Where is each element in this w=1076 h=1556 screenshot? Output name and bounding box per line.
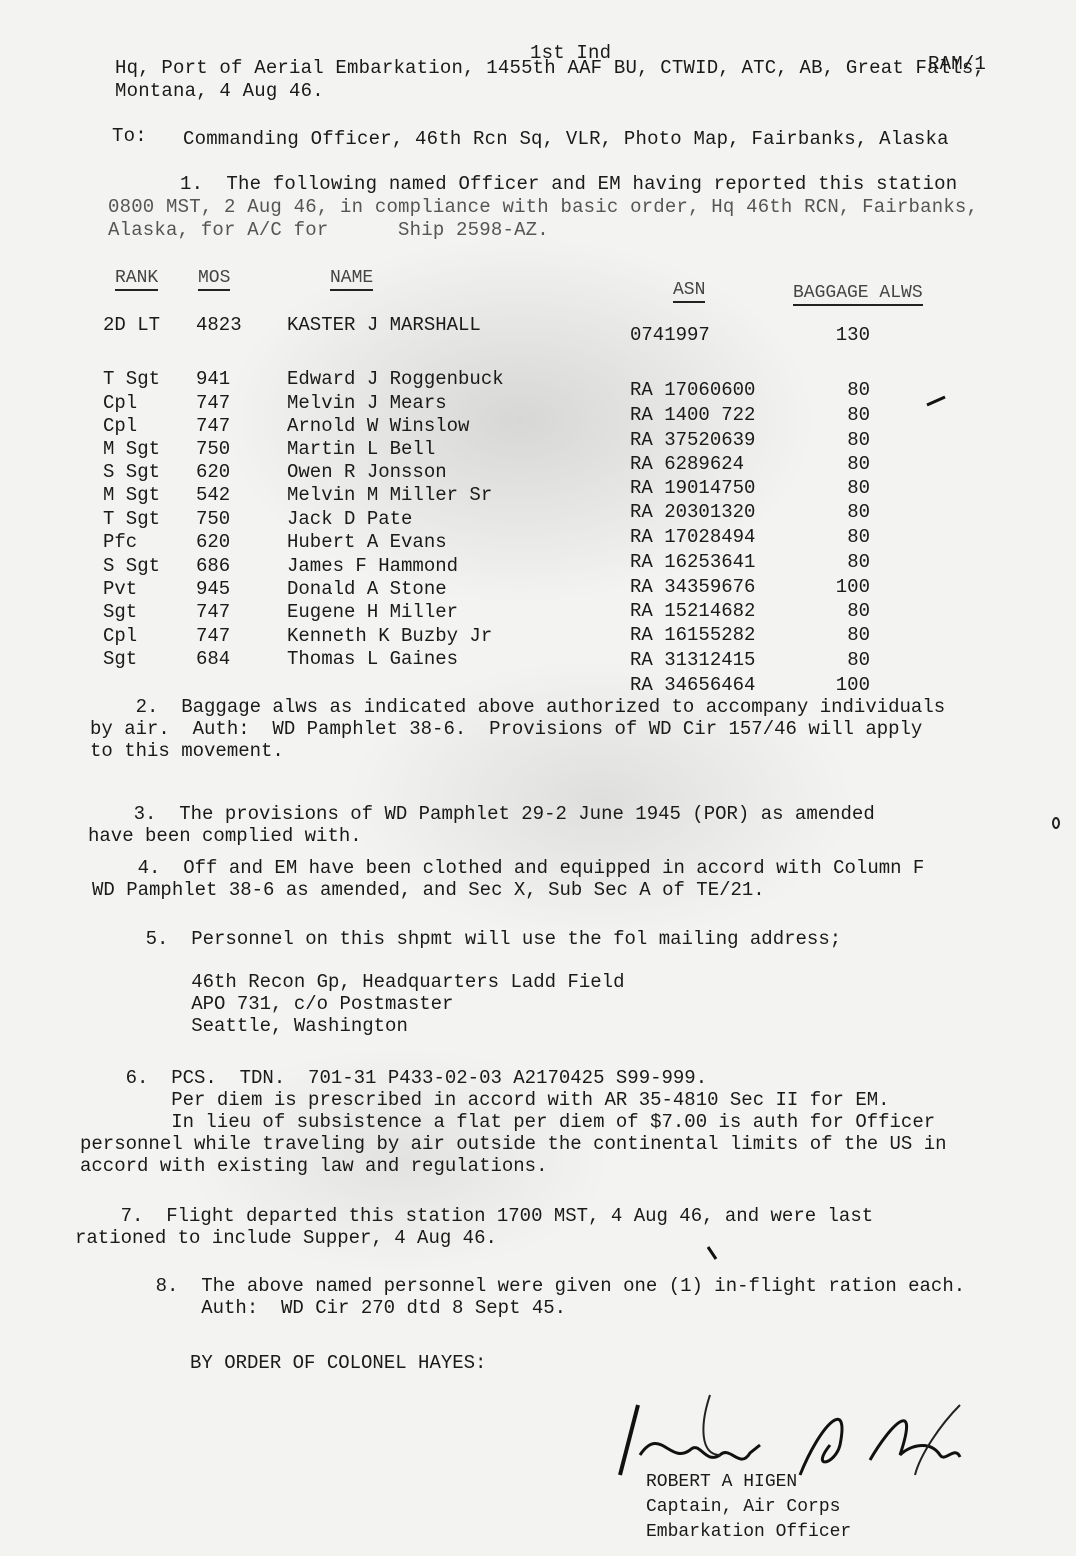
by-order-line: BY ORDER OF COLONEL HAYES:	[190, 1352, 486, 1374]
cell-name: Jack D Pate	[287, 508, 412, 530]
paragraph-line: accord with existing law and regulations…	[80, 1155, 947, 1177]
cell-baggage: 100	[810, 674, 870, 696]
cell-rank: Sgt	[103, 648, 137, 670]
paragraph-7: 7. Flight departed this station 1700 MST…	[75, 1205, 873, 1249]
signature-block: ROBERT A HIGENCaptain, Air CorpsEmbarkat…	[646, 1470, 851, 1545]
paragraph-line: 46th Recon Gp, Headquarters Ladd Field	[100, 972, 841, 994]
paragraph-3: 3. The provisions of WD Pamphlet 29-2 Ju…	[88, 803, 875, 847]
cell-name: Owen R Jonsson	[287, 461, 447, 483]
column-header-name: NAME	[330, 268, 373, 291]
document-page: 1st Ind RAM/1 Hq, Port of Aerial Embarka…	[0, 0, 1076, 1556]
cell-mos: 747	[196, 625, 230, 647]
paragraph-line	[100, 950, 841, 972]
paragraph-line: In lieu of subsistence a flat per diem o…	[80, 1111, 947, 1133]
paragraph-line: Auth: WD Cir 270 dtd 8 Sept 45.	[110, 1297, 965, 1319]
cell-rank: Cpl	[103, 392, 137, 414]
paragraph-6: 6. PCS. TDN. 701-31 P433-02-03 A2170425 …	[80, 1067, 947, 1177]
cell-rank: M Sgt	[103, 484, 160, 506]
signer-role: Embarkation Officer	[646, 1520, 851, 1545]
signer-rank: Captain, Air Corps	[646, 1495, 851, 1520]
hole-mark-icon	[1050, 815, 1062, 831]
cell-rank: Pvt	[103, 578, 137, 600]
cell-name: Edward J Roggenbuck	[287, 368, 504, 390]
paragraph-4: 4. Off and EM have been clothed and equi…	[92, 857, 924, 901]
from-line-1: Hq, Port of Aerial Embarkation, 1455th A…	[115, 57, 985, 79]
cell-rank: S Sgt	[103, 461, 160, 483]
paragraph-line: rationed to include Supper, 4 Aug 46.	[75, 1227, 873, 1249]
cell-mos: 747	[196, 415, 230, 437]
cell-rank: Pfc	[103, 531, 137, 553]
cell-name: Martin L Bell	[287, 438, 435, 460]
paragraph-line: 6. PCS. TDN. 701-31 P433-02-03 A2170425 …	[80, 1067, 947, 1089]
cell-name: Donald A Stone	[287, 578, 447, 600]
paragraph-5: 5. Personnel on this shpmt will use the …	[100, 928, 841, 1038]
paragraph-line: 4. Off and EM have been clothed and equi…	[92, 857, 924, 879]
cell-asn: 0741997	[630, 324, 710, 346]
cell-name: Eugene H Miller	[287, 601, 458, 623]
cell-mos: 686	[196, 555, 230, 577]
paragraph-1-line-1: 1. The following named Officer and EM ha…	[180, 173, 957, 195]
cell-name: Arnold W Winslow	[287, 415, 469, 437]
cell-mos: 620	[196, 531, 230, 553]
to-addressee: Commanding Officer, 46th Rcn Sq, VLR, Ph…	[183, 128, 949, 150]
cell-rank: Cpl	[103, 415, 137, 437]
paragraph-line: to this movement.	[90, 740, 945, 762]
cell-mos: 747	[196, 392, 230, 414]
paragraph-line: WD Pamphlet 38-6 as amended, and Sec X, …	[92, 879, 924, 901]
paragraph-2: 2. Baggage alws as indicated above autho…	[90, 696, 945, 762]
paragraph-8: 8. The above named personnel were given …	[110, 1275, 965, 1319]
paragraph-line: 5. Personnel on this shpmt will use the …	[100, 928, 841, 950]
cell-mos: 542	[196, 484, 230, 506]
table-row: T Sgt941Edward J RoggenbuckRA 1706060080	[0, 368, 1076, 392]
table-row: M Sgt750Martin L BellRA 628962480	[0, 438, 1076, 462]
table-row: Pvt945Donald A StoneRA 1521468280	[0, 578, 1076, 602]
cell-rank: T Sgt	[103, 368, 160, 390]
paragraph-line: 8. The above named personnel were given …	[110, 1275, 965, 1297]
cell-mos: 945	[196, 578, 230, 600]
cell-name: Hubert A Evans	[287, 531, 447, 553]
paragraph-line: 3. The provisions of WD Pamphlet 29-2 Ju…	[88, 803, 875, 825]
cell-name: Melvin J Mears	[287, 392, 447, 414]
paragraph-line: Per diem is prescribed in accord with AR…	[80, 1089, 947, 1111]
table-row: Cpl747Melvin J MearsRA 1400 72280	[0, 392, 1076, 416]
cell-rank: Cpl	[103, 625, 137, 647]
cell-mos: 620	[196, 461, 230, 483]
cell-name: Kenneth K Buzby Jr	[287, 625, 492, 647]
pen-mark-icon	[925, 395, 947, 407]
table-row: Cpl747Arnold W WinslowRA 3752063980	[0, 415, 1076, 439]
cell-rank: S Sgt	[103, 555, 160, 577]
cell-name: James F Hammond	[287, 555, 458, 577]
cell-mos: 750	[196, 508, 230, 530]
column-header-mos: MOS	[198, 268, 230, 291]
paragraph-line: Seattle, Washington	[100, 1016, 841, 1038]
cell-mos: 750	[196, 438, 230, 460]
cell-name: KASTER J MARSHALL	[287, 314, 481, 336]
paragraph-line: personnel while traveling by air outside…	[80, 1133, 947, 1155]
pen-mark-icon	[705, 1245, 719, 1261]
table-row: Pfc620Hubert A EvansRA 1625364180	[0, 531, 1076, 555]
cell-mos: 684	[196, 648, 230, 670]
cell-mos: 747	[196, 601, 230, 623]
cell-rank: T Sgt	[103, 508, 160, 530]
cell-baggage: 130	[810, 324, 870, 346]
paragraph-line: APO 731, c/o Postmaster	[100, 994, 841, 1016]
cell-asn: RA 34656464	[630, 674, 755, 696]
table-row: M Sgt542Melvin M Miller SrRA 2030132080	[0, 484, 1076, 508]
cell-rank: 2D LT	[103, 314, 160, 336]
table-row: Cpl747Kenneth K Buzby JrRA 3131241580	[0, 625, 1076, 649]
cell-name: Melvin M Miller Sr	[287, 484, 492, 506]
paragraph-line: by air. Auth: WD Pamphlet 38-6. Provisio…	[90, 718, 945, 740]
paragraph-line: 7. Flight departed this station 1700 MST…	[75, 1205, 873, 1227]
cell-name: Thomas L Gaines	[287, 648, 458, 670]
table-row: 2D LT4823KASTER J MARSHALL0741997130	[0, 314, 1076, 338]
column-header-baggage: BAGGAGE ALWS	[793, 283, 923, 306]
paragraph-1-line-2: 0800 MST, 2 Aug 46, in compliance with b…	[108, 196, 978, 218]
cell-mos: 4823	[196, 314, 242, 336]
column-header-asn: ASN	[673, 280, 705, 303]
column-header-rank: RANK	[115, 268, 158, 291]
cell-mos: 941	[196, 368, 230, 390]
paragraph-line: have been complied with.	[88, 825, 875, 847]
table-row: Sgt747Eugene H MillerRA 1615528280	[0, 601, 1076, 625]
table-row: S Sgt620Owen R JonssonRA 1901475080	[0, 461, 1076, 485]
to-label: To:	[112, 125, 147, 147]
table-row: S Sgt686James F HammondRA 34359676100	[0, 555, 1076, 579]
from-line-2: Montana, 4 Aug 46.	[115, 80, 324, 102]
paragraph-line: 2. Baggage alws as indicated above autho…	[90, 696, 945, 718]
cell-rank: Sgt	[103, 601, 137, 623]
paragraph-1-line-3: Alaska, for A/C for Ship 2598-AZ.	[108, 219, 549, 241]
signer-name: ROBERT A HIGEN	[646, 1470, 851, 1495]
table-row: T Sgt750Jack D PateRA 1702849480	[0, 508, 1076, 532]
table-row: Sgt684Thomas L GainesRA 34656464100	[0, 648, 1076, 672]
cell-rank: M Sgt	[103, 438, 160, 460]
